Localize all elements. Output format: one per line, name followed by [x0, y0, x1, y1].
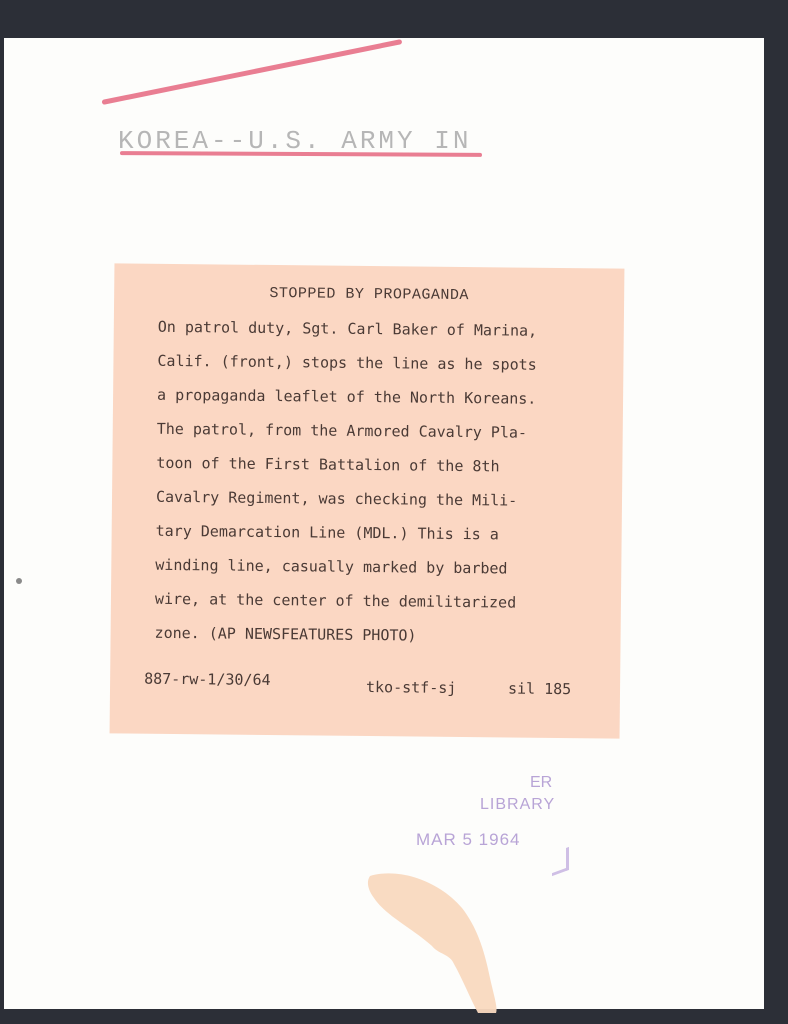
caption-line: Cavalry Regiment, was checking the Mili-	[156, 480, 616, 519]
caption-line: wire, at the center of the demilitarized	[155, 582, 615, 621]
caption-line: On patrol duty, Sgt. Carl Baker of Marin…	[158, 310, 618, 349]
stamp-line-2: LIBRARY	[480, 796, 555, 814]
caption-body: On patrol duty, Sgt. Carl Baker of Marin…	[154, 310, 618, 655]
paper-speck	[16, 578, 22, 584]
library-date-stamp: ER LIBRARY MAR 5 1964	[400, 770, 570, 870]
caption-footer: 887-rw-1/30/64 tko-stf-sj sil 185	[144, 670, 604, 675]
stamp-line-1: ER	[530, 774, 552, 792]
caption-line: zone. (AP NEWSFEATURES PHOTO)	[154, 616, 614, 655]
caption-line: a propaganda leaflet of the North Korean…	[157, 378, 617, 417]
caption-line: winding line, casually marked by barbed	[155, 548, 615, 587]
caption-slip: STOPPED BY PROPAGANDA On patrol duty, Sg…	[110, 263, 625, 738]
stamp-date: MAR 5 1964	[416, 830, 521, 850]
tape-residue	[366, 868, 506, 1013]
reference-code: 887-rw-1/30/64	[144, 670, 271, 689]
caption-line: toon of the First Battalion of the 8th	[156, 446, 616, 485]
transmission-codes: tko-stf-sj	[366, 678, 456, 697]
caption-line: Calif. (front,) stops the line as he spo…	[157, 344, 617, 383]
caption-title: STOPPED BY PROPAGANDA	[114, 283, 624, 305]
serial-number: sil 185	[508, 679, 571, 698]
caption-line: The patrol, from the Armored Cavalry Pla…	[157, 412, 617, 451]
caption-line: tary Demarcation Line (MDL.) This is a	[155, 514, 615, 553]
